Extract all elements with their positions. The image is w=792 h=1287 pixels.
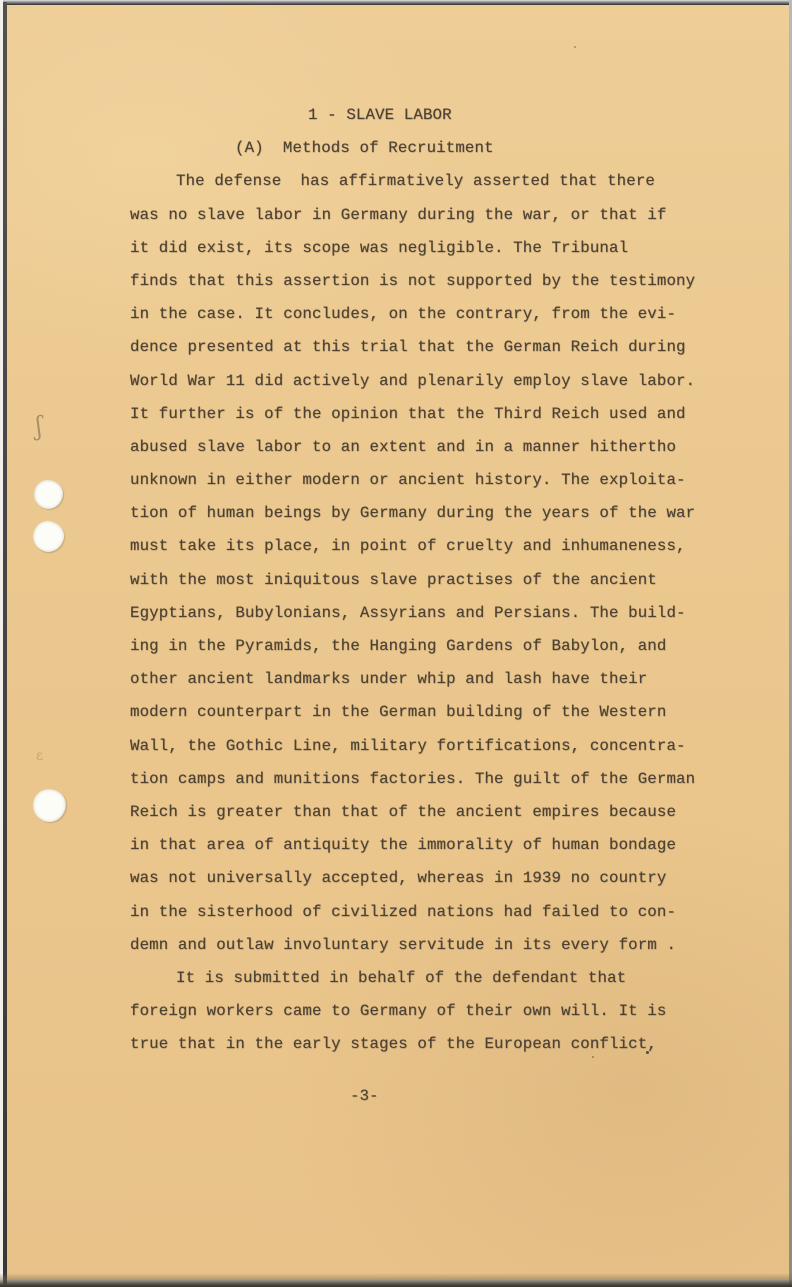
typed-line: modern counterpart in the German buildin… <box>130 696 675 729</box>
scanned-document-page: ʃ ɛ 1 - SLAVE LABOR(A) Methods of Recrui… <box>0 0 792 1287</box>
typed-line: must take its place, in point of cruelty… <box>130 530 675 563</box>
pencil-squiggle-mark: ʃ <box>36 412 42 442</box>
typed-line: unknown in either modern or ancient hist… <box>130 464 675 497</box>
typed-line: it did exist, its scope was negligible. … <box>130 232 675 265</box>
typed-line: Wall, the Gothic Line, military fortific… <box>130 730 675 763</box>
typed-line: was not universally accepted, whereas in… <box>130 862 675 895</box>
typed-line: It further is of the opinion that the Th… <box>130 398 675 431</box>
document-title: 1 - SLAVE LABOR <box>130 99 675 132</box>
typed-line: in that area of antiquity the immorality… <box>130 829 675 862</box>
ink-speck <box>574 46 576 48</box>
typed-line: in the case. It concludes, on the contra… <box>130 298 675 331</box>
typed-line: It is submitted in behalf of the defenda… <box>130 962 675 995</box>
scan-edge-top <box>0 0 792 5</box>
typed-line: tion of human beings by Germany during t… <box>130 497 675 530</box>
page-number: -3- <box>350 1086 378 1106</box>
typed-line: Egyptians, Bubylonians, Assyrians and Pe… <box>130 597 675 630</box>
typed-line: Reich is greater than that of the ancien… <box>130 796 675 829</box>
typed-line: demn and outlaw involuntary servitude in… <box>130 929 675 962</box>
typed-line: tion camps and munitions factories. The … <box>130 763 675 796</box>
typed-line: dence presented at this trial that the G… <box>130 331 675 364</box>
typed-line: in the sisterhood of civilized nations h… <box>130 896 675 929</box>
typed-line: other ancient landmarks under whip and l… <box>130 663 675 696</box>
typed-line: World War 11 did actively and plenarily … <box>130 365 675 398</box>
typed-line: true that in the early stages of the Eur… <box>130 1028 675 1061</box>
typed-line: finds that this assertion is not support… <box>130 265 675 298</box>
document-subtitle: (A) Methods of Recruitment <box>130 132 675 165</box>
typed-line: with the most iniquitous slave practises… <box>130 564 675 597</box>
typed-line: foreign workers came to Germany of their… <box>130 995 675 1028</box>
pencil-squiggle-mark: ɛ <box>36 748 43 764</box>
typed-line: abused slave labor to an extent and in a… <box>130 431 675 464</box>
typed-text-block: 1 - SLAVE LABOR(A) Methods of Recruitmen… <box>130 99 675 1061</box>
scan-edge-bottom-shadow <box>0 1273 792 1287</box>
scan-edge-left-dark <box>3 2 7 1285</box>
typed-line: The defense has affirmatively asserted t… <box>130 165 675 198</box>
typed-line: was no slave labor in Germany during the… <box>130 199 675 232</box>
typed-line: ing in the Pyramids, the Hanging Gardens… <box>130 630 675 663</box>
